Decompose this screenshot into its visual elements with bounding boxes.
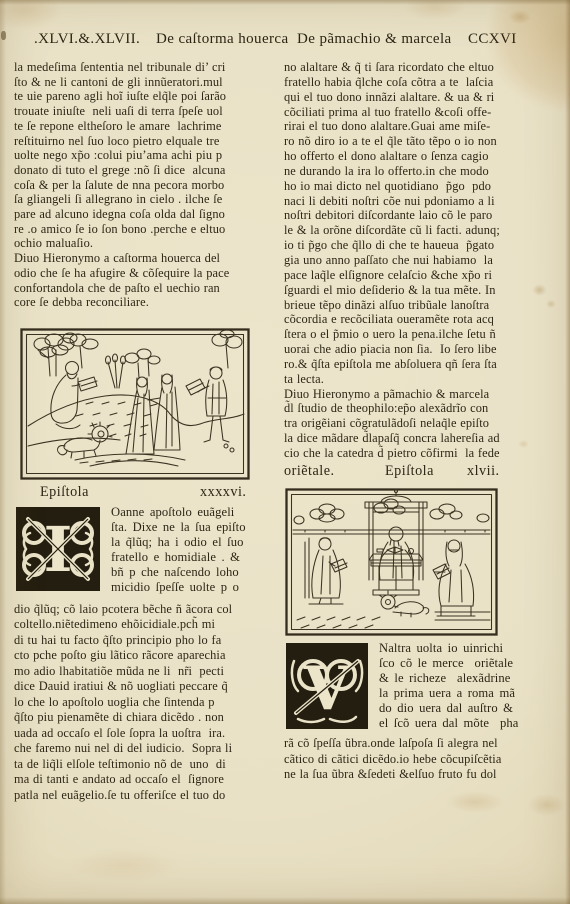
text-line: Naltra uolta io uinrichi bbox=[379, 641, 519, 656]
text-line: uolte nego xp̃o :colui piu’ama achi piu … bbox=[14, 148, 280, 163]
tiled-floor bbox=[297, 612, 490, 628]
stain bbox=[395, 0, 475, 24]
stain bbox=[438, 788, 512, 816]
text-line: pare ad alcuno idegna coſa olda dal ſign… bbox=[14, 207, 280, 222]
text-line: odio che ſe ha afugire & cõſequire la pa… bbox=[14, 266, 280, 281]
text-line: mo adio lhabitatiõe mũda ne li nr̃i pect… bbox=[14, 664, 280, 680]
text-line: dice Dauid iratiui & nõ uogliati peccare… bbox=[14, 679, 280, 695]
left-paragraph-1: la medeſima ſententia nel tribunale di’ … bbox=[14, 60, 280, 310]
text-line: qui el tuo dono innãzi alaltare. & ua & … bbox=[284, 90, 556, 105]
text-line: uorai che adio piacia non ſia. Io ſero l… bbox=[284, 342, 556, 357]
standing-man-with-book bbox=[186, 367, 234, 452]
decorated-initial-v: V bbox=[284, 641, 370, 731]
text-line: cãtico di cãtici dicẽdo.io hebe cõcupiſc… bbox=[284, 752, 556, 767]
text-line: gia uno anno paſſato che nui habiamo la bbox=[284, 253, 556, 268]
text-line: re .o amico ſe io ſon bono .perche e elt… bbox=[14, 222, 280, 237]
text-line: micidio ſpeſſe uolte p o bbox=[111, 580, 246, 595]
right-woodcut-caption: oriẽtale. Epiſtola xlvii. bbox=[284, 463, 556, 480]
seated-monk bbox=[305, 538, 347, 604]
text-line: ma di tanti e andato ad occaſo el ſignor… bbox=[14, 772, 280, 788]
text-line: di tu hai tu facto q̃ſto principio pho l… bbox=[14, 633, 280, 649]
text-line: cõciliati prima al tuo fratello &coſi of… bbox=[284, 105, 556, 120]
right-paragraph-2: Diuo Hieronymo a pãmachio & marcelad̃l ſ… bbox=[284, 387, 556, 461]
text-line: ta lecta. bbox=[284, 372, 556, 387]
text-line: ſa gliangeli ſi allegrano in cielo . ilc… bbox=[14, 192, 280, 207]
text-line: la medeſima ſententia nel tribunale di’ … bbox=[14, 60, 280, 75]
text-line: ro nõ diro io a te el q̃le tãto tẽpo o i… bbox=[284, 134, 556, 149]
lion bbox=[58, 422, 112, 458]
text-line: q̃ſto piu pienamẽte di chiara dicẽdo . n… bbox=[14, 710, 280, 726]
garden-wall bbox=[293, 530, 490, 534]
text-line: Oanne apoſtolo euãgeli bbox=[111, 505, 246, 520]
chapter-numbers: .XLVI.&.XLVII. bbox=[34, 31, 140, 48]
text-line: la q̃lũq; ha i odio el ſuo bbox=[111, 535, 246, 550]
running-title-left: De caſtorma houerca bbox=[156, 31, 289, 48]
left-initial-paragraph: Oanne apoſtolo euãgeliſta. Dixe ne la ſu… bbox=[111, 505, 246, 596]
text-line: uada ad occaſo el ſole ſopra la uoſtra i… bbox=[14, 726, 280, 742]
text-line: che faremo nui nel di del iudicio. Sopra… bbox=[14, 741, 280, 757]
left-woodcut-caption: Epiſtola xxxxvi. bbox=[14, 484, 280, 501]
text-line: Diuo Hieronymo a caſtorma houerca del bbox=[14, 251, 280, 266]
text-line: cõcordia e recõciliata oueramẽte rota ac… bbox=[284, 312, 556, 327]
text-line: bñ p che naſcendo loho bbox=[111, 565, 246, 580]
text-line: pace laq̃le elſignore celaſcio &che xp̃o… bbox=[284, 268, 556, 283]
text-line: ta de liq̃li elſole teſtimonio nõ de uno… bbox=[14, 757, 280, 773]
stain bbox=[506, 8, 534, 26]
left-column: la medeſima ſententia nel tribunale di’ … bbox=[14, 60, 280, 803]
woodcut-jerome-study bbox=[285, 488, 498, 636]
text-line: io ti p̃go che q̃llo di che te haueua p̃… bbox=[284, 238, 556, 253]
text-line: fratello e homidiale . & bbox=[111, 550, 246, 565]
text-line: reſtituirno nel ſuo loco pietro elquale … bbox=[14, 134, 280, 149]
bushes-top bbox=[125, 330, 242, 378]
epistola-number: xxxxvi. bbox=[200, 484, 246, 501]
text-line: Diuo Hieronymo a pãmachio & marcela bbox=[284, 387, 556, 402]
text-line: trouate iniuſte neli uaſi di terra ſpeſe… bbox=[14, 104, 280, 119]
text-line: ne durando la ira lo offerto.in che modo bbox=[284, 164, 556, 179]
text-line: ne la ſua ũbra &ſedeti &elſuo fruto fu d… bbox=[284, 767, 556, 782]
text-line: te ſe repone eltheſoro le amare lachrime bbox=[14, 119, 280, 134]
standing-women bbox=[126, 374, 180, 454]
text-line: coltello.niẽtedimeno ehõicidiale.pch̃ mi bbox=[14, 617, 280, 633]
text-line: ſto & ne li cantoni de gli innũeratori.m… bbox=[14, 75, 280, 90]
running-header: .XLVI.&.XLVII. De caſtorma houerca De pã… bbox=[0, 31, 570, 51]
text-line: ho offerto el dono alaltare o ſenza cagi… bbox=[284, 149, 556, 164]
decorated-initial-i: I bbox=[14, 505, 102, 593]
text-line: naci li debiti noſtri cõe nui pdoniamo a… bbox=[284, 194, 556, 209]
text-line: brieue tẽpo dinãzi alſuo tribũale lanoſt… bbox=[284, 298, 556, 313]
text-line: confortandola che de paſto el uechio ran bbox=[14, 281, 280, 296]
epistola-number: xlvii. bbox=[467, 463, 500, 480]
folio-number: CCXVI bbox=[468, 31, 517, 48]
text-line: & le richeze alexãdrine bbox=[379, 671, 519, 686]
text-line: donato di tuto el grege :nõ ſi dice alcu… bbox=[14, 163, 280, 178]
book-page-scan: .XLVI.&.XLVII. De caſtorma houerca De pã… bbox=[0, 0, 570, 904]
text-line: la prima uera a roma mã bbox=[379, 686, 519, 701]
text-line: patla nel euãgelio.ſe tu offeriſce el tu… bbox=[14, 788, 280, 804]
epistola-label: Epiſtola bbox=[385, 463, 434, 480]
text-line: rã cõ ſpeſſa ũbra.onde laſpoſa ſi alegra… bbox=[284, 736, 556, 751]
text-line: dio q̃lũq; cõ laio pcotera bẽche ñ ãcora… bbox=[14, 602, 280, 618]
text-line: ho io mai dicto nel quotidiano p̃go pdo bbox=[284, 179, 556, 194]
text-line: coſa & per la ſalute de nna pecora morbo bbox=[14, 178, 280, 193]
text-line: d̃l ſtudio de theophilo:ep̃o alexãdrĩo c… bbox=[284, 401, 556, 416]
water-foreground bbox=[75, 454, 185, 466]
text-line: ſta. Dixe ne la ſua epiſto bbox=[111, 520, 246, 535]
text-line: fratello habia q̃lche coſa cõtra a te la… bbox=[284, 75, 556, 90]
text-line: tra origẽiani cõgratulãdoſi nelaq̃le epi… bbox=[284, 416, 556, 431]
stain bbox=[55, 843, 195, 887]
stain bbox=[523, 791, 570, 819]
text-line: lo che lo apoſtolo uoglia che ſintenda p bbox=[14, 695, 280, 711]
reeds bbox=[106, 354, 126, 388]
left-paragraph-2: dio q̃lũq; cõ laio pcotera bẽche ñ ãcora… bbox=[14, 602, 280, 804]
text-line: ro.& q̃ſta epiſtola me abſoluera qñ ſera… bbox=[284, 357, 556, 372]
right-column: no alaltare & q̃ ti ſara ricordato che e… bbox=[284, 60, 556, 783]
woodcut-jerome-landscape bbox=[20, 328, 250, 480]
text-line: la dice mãdare d̃lapaſq̃ concra lahereſi… bbox=[284, 431, 556, 446]
seated-nun bbox=[433, 540, 475, 616]
right-initial-paragraph: Naltra uolta io uinrichiſco cõ le merce … bbox=[379, 641, 519, 732]
text-line: le & la orõne diſcordãte cũ li facti. ad… bbox=[284, 223, 556, 238]
text-line: el ſcõ uera dal mõte pha bbox=[379, 716, 519, 731]
seated-jerome bbox=[51, 361, 97, 428]
text-line: core ſe debba reconciliare. bbox=[14, 295, 280, 310]
writing-desk bbox=[369, 547, 423, 595]
text-line: ſguardi el mio deſiderio & la tua mẽte. … bbox=[284, 283, 556, 298]
text-line: te uie pareno agli hoĩ iuſte elq̃le poi … bbox=[14, 89, 280, 104]
text-line: cto pche poſto giu lãtico rãcore aparech… bbox=[14, 648, 280, 664]
caption-pre-text: oriẽtale. bbox=[284, 463, 335, 480]
initial-letter: V bbox=[303, 654, 352, 724]
text-line: no alaltare & q̃ ti ſara ricordato che e… bbox=[284, 60, 556, 75]
text-line: ochio maluaſio. bbox=[14, 236, 280, 251]
text-line: ſco cõ le merce oriẽtale bbox=[379, 656, 519, 671]
right-paragraph-3: rã cõ ſpeſſa ũbra.onde laſpoſa ſi alegra… bbox=[284, 736, 556, 782]
running-title-right: De pãmachio & marcela bbox=[297, 31, 452, 48]
text-line: cio che la catedra d̃ pietro cõfirmi la … bbox=[284, 446, 556, 461]
right-paragraph-1: no alaltare & q̃ ti ſara ricordato che e… bbox=[284, 60, 556, 387]
text-line: rirai el tuo dono alaltare.Guai ame miſe… bbox=[284, 119, 556, 134]
text-line: do dio uera dal auſtro & bbox=[379, 701, 519, 716]
epistola-label: Epiſtola bbox=[40, 484, 89, 501]
text-line: ſtera o el p̃mio o uero la pena.ilche ſe… bbox=[284, 327, 556, 342]
text-line: noſtri debitori diſcordante laio cõ le p… bbox=[284, 208, 556, 223]
